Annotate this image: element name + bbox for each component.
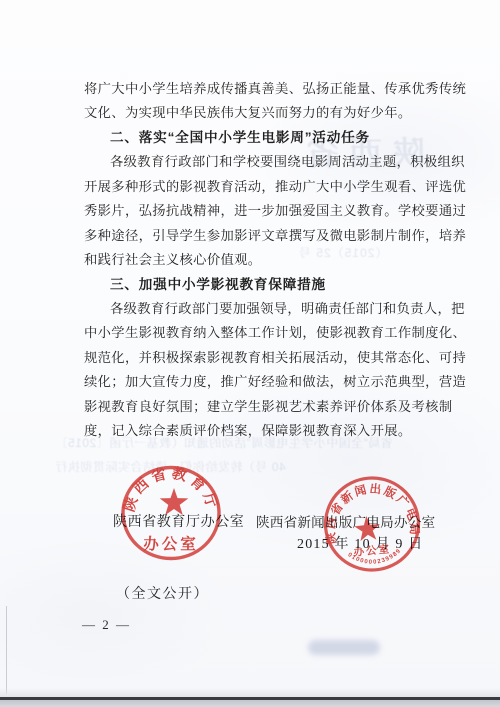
official-seal-press-bureau: 陕西省新闻出版广电局 办公室 0100000239989: [307, 459, 437, 589]
body-line: 多种途径，引导学生参加影评文章撰写及微电影制片制作，培养: [84, 224, 456, 248]
body-line: 规范化，并积极探索影视教育相关拓展活动，使其常态化、可持: [84, 346, 456, 370]
page-edge-shadow: [0, 688, 500, 697]
paper-crease: [6, 606, 7, 694]
section-heading: 三、加强中小学影视教育保障措施: [84, 273, 456, 297]
body-line: 各级教育行政部门和学校要围绕电影周活动主题，积极组织: [84, 150, 456, 174]
page-number: — 2 —: [82, 617, 131, 633]
publicity-note: （全文公开）: [116, 583, 209, 603]
body-line: 中小学生影视教育纳入整体工作计划，使影视教育工作制度化、: [84, 321, 456, 345]
body-line: 续化；加大宣传力度，推广好经验和做法，树立示范典型，营造: [84, 370, 456, 394]
body-line: 度，记入综合素质评价档案，保障影视教育深入开展。: [84, 419, 456, 443]
body-line: 各级教育行政部门要加强领导，明确责任部门和负责人，把: [84, 297, 456, 321]
body-line: 开展多种形式的影视教育活动，推动广大中小学生观看、评选优: [84, 175, 456, 199]
scanner-background: [0, 700, 500, 707]
seal-bottom-text: 办公室: [143, 534, 199, 553]
body-line: 将广大中小学生培养成传播真善美、弘扬正能量、传承优秀传统: [84, 77, 456, 101]
section-heading: 二、落实“全国中小学生电影周”活动任务: [84, 126, 456, 150]
scanned-document: 陕西省 （2015）25 号 省局“全国中小学生电影周”活动的通知（教基一厅函〔…: [0, 0, 500, 707]
document-body: 将广大中小学生培养成传播真善美、弘扬正能量、传承优秀传统 文化、为实现中华民族伟…: [84, 77, 456, 444]
body-line: 影视教育良好氛围；建立学生影视艺术素养评价体系及考核制: [84, 395, 456, 419]
body-line: 和践行社会主义核心价值观。: [84, 248, 456, 272]
document-page: 陕西省 （2015）25 号 省局“全国中小学生电影周”活动的通知（教基一厅函〔…: [0, 0, 500, 697]
body-line: 秀影片，弘扬抗战精神，进一步加强爱国主义教育。学校要通过: [84, 199, 456, 223]
seal-center-text: 办公室: [353, 542, 391, 558]
official-seal-education-dept: 陕西省教育厅 办公室: [111, 453, 231, 573]
star-icon: [160, 488, 189, 515]
star-icon: [353, 515, 381, 542]
ink-smudge: [308, 640, 380, 655]
body-line: 文化、为实现中华民族伟大复兴而努力的有为好少年。: [84, 101, 456, 125]
